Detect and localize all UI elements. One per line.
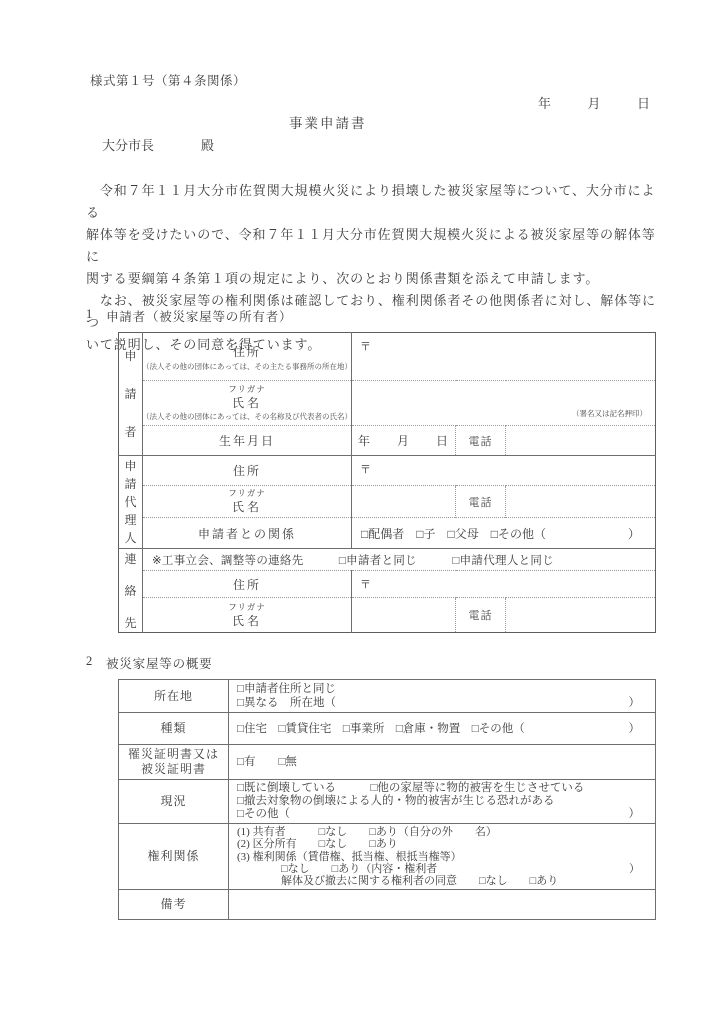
date-line: 年 月 日 — [538, 93, 650, 112]
form-number: 様式第１号（第４条関係） — [90, 71, 246, 89]
address-label: 住所 — [143, 576, 351, 593]
checkbox-line: □申請者住所と同じ — [237, 682, 336, 696]
checkbox-line: □有 □無 — [237, 755, 297, 769]
checkbox-line: □既に倒壊している □他の家屋等に物的被害を生じさせている — [237, 782, 584, 795]
applicant-address-label-cell: 住所 （法人その他の団体にあっては、その主たる事務所の所在地） — [143, 333, 352, 381]
section1-number: 1 — [86, 307, 93, 325]
address-label: 住所 — [143, 462, 351, 479]
relation-label-cell: 申請者との関係 — [143, 518, 352, 549]
agent-name-value-cell — [352, 486, 456, 518]
agent-address-value-cell: 〒 — [352, 456, 656, 486]
contact-name-row: フリガナ 氏名 電話 — [119, 598, 656, 633]
relation-checkboxes: □配偶者 □子 □父母 □その他（ — [361, 525, 546, 542]
section2-number: 2 — [86, 654, 93, 672]
agent-name-label-cell: フリガナ 氏名 — [143, 486, 352, 518]
contact-group-label: 連絡先 — [119, 553, 142, 629]
remarks-label: 備考 — [119, 890, 229, 920]
applicant-group-label: 申請者 — [119, 350, 142, 438]
checkbox-line: (2) 区分所有 □なし □あり — [237, 838, 398, 850]
contact-name-value-cell — [352, 598, 456, 633]
section2-heading: 2 被災家屋等の概要 — [86, 654, 212, 672]
rights-row: 権利関係 (1) 共有者 □なし □あり（自分の外 名） (2) 区分所有 □な… — [119, 824, 656, 890]
document-page: 様式第１号（第４条関係） 年 月 日 事業申請書 大分市長 殿 令和７年１１月大… — [0, 0, 724, 1024]
section2-title: 被災家屋等の概要 — [106, 654, 212, 672]
applicant-address-row: 申請者 住所 （法人その他の団体にあっては、その主たる事務所の所在地） 〒 — [119, 333, 656, 381]
checkbox-line: (1) 共有者 □なし □あり（自分の外 名） — [237, 826, 497, 838]
checkbox-line: □撤去対象物の倒壊による人的・物的被害が生じる恐れがある — [237, 795, 554, 808]
body-line: 解体等を受けたいので、令和７年１１月大分市佐賀関大規模火災による被災家屋等の解体… — [86, 224, 660, 268]
applicant-birth-row: 生年月日 年 月 日 電話 — [119, 426, 656, 456]
body-line: 令和７年１１月大分市佐賀関大規模火災により損壊した被災家屋等について、大分市によ… — [86, 180, 660, 224]
agent-name-row: フリガナ 氏名 電話 — [119, 486, 656, 518]
rights-value: (1) 共有者 □なし □あり（自分の外 名） (2) 区分所有 □なし □あり… — [229, 824, 656, 890]
body-line: 関する要綱第４条第１項の規定により、次のとおり関係書類を添えて申請します。 — [86, 268, 660, 290]
type-row: 種類 □住宅 □賃貸住宅 □事業所 □倉庫・物置 □その他（ ） — [119, 713, 656, 745]
rights-label: 権利関係 — [119, 824, 229, 890]
contact-address-value-cell: 〒 — [352, 571, 656, 598]
remarks-value — [229, 890, 656, 920]
name-label: 氏名 — [232, 615, 262, 628]
certificate-label: 罹災証明書又は 被災証明書 — [119, 745, 229, 780]
applicant-name-row: フリガナ 氏名 （法人その他の団体にあっては、その名称及び代表者の氏名） （署名… — [119, 381, 656, 426]
agent-address-label-cell: 住所 — [143, 456, 352, 486]
relation-label: 申請者との関係 — [143, 525, 351, 542]
address-label: 住所 — [233, 343, 261, 360]
addressee-line: 大分市長 殿 — [102, 135, 214, 154]
furigana-label: フリガナ — [228, 385, 266, 394]
certificate-value: □有 □無 — [229, 745, 656, 780]
applicant-group-cell: 申請者 — [119, 333, 143, 456]
birth-label: 生年月日 — [143, 432, 351, 449]
condition-value: □既に倒壊している □他の家屋等に物的被害を生じさせている □撤去対象物の倒壊に… — [229, 780, 656, 824]
checkbox-line: □異なる 所在地（ — [237, 696, 336, 710]
close-paren: ） — [629, 722, 641, 736]
agent-group-cell: 申請代理人 — [119, 456, 143, 549]
address-note: （法人その他の団体にあっては、その主たる事務所の所在地） — [143, 363, 352, 371]
agent-address-row: 申請代理人 住所 〒 — [119, 456, 656, 486]
phone-value-cell — [506, 598, 656, 633]
contact-address-row: 住所 〒 — [119, 571, 656, 598]
condition-row: 現況 □既に倒壊している □他の家屋等に物的被害を生じさせている □撤去対象物の… — [119, 780, 656, 824]
name-label: 氏名 — [232, 397, 262, 410]
close-paren: ） — [629, 808, 641, 821]
agent-relation-row: 申請者との関係 □配偶者 □子 □父母 □その他（ ） — [119, 518, 656, 549]
phone-value-cell — [506, 426, 656, 456]
date-month-label: 月 — [587, 93, 600, 112]
location-value: □申請者住所と同じ □異なる 所在地（ ） — [229, 680, 656, 713]
addressee-honorific: 殿 — [201, 135, 214, 154]
name-label: 氏名 — [232, 501, 262, 514]
birth-label-cell: 生年月日 — [143, 426, 352, 456]
phone-label-cell: 電話 — [456, 426, 506, 456]
phone-label-cell: 電話 — [456, 598, 506, 633]
checkbox-line: □その他（ — [237, 808, 290, 821]
section1-title: 申請者（被災家屋等の所有者） — [106, 307, 292, 325]
signature-note: （署名又は記名押印） — [572, 409, 647, 418]
name-note: （法人その他の団体にあっては、その名称及び代表者の氏名） — [143, 413, 352, 421]
date-day-label: 日 — [637, 93, 650, 112]
close-paren: ） — [629, 863, 640, 875]
close-paren: ） — [629, 696, 641, 710]
location-label: 所在地 — [119, 680, 229, 713]
furigana-label: フリガナ — [228, 603, 266, 612]
agent-group-label: 申請代理人 — [119, 460, 142, 544]
certificate-label-line1: 罹災証明書又は — [119, 747, 228, 762]
phone-label-cell: 電話 — [456, 486, 506, 518]
body-paragraph: 令和７年１１月大分市佐賀関大規模火災により損壊した被災家屋等について、大分市によ… — [86, 180, 660, 356]
postal-mark: 〒 — [360, 579, 371, 591]
certificate-row: 罹災証明書又は 被災証明書 □有 □無 — [119, 745, 656, 780]
section1-heading: 1 申請者（被災家屋等の所有者） — [86, 307, 292, 325]
contact-note-cell: ※工事立会、調整等の連絡先 □申請者と同じ □申請代理人と同じ — [143, 549, 656, 571]
applicant-table: 申請者 住所 （法人その他の団体にあっては、その主たる事務所の所在地） 〒 フリ… — [118, 332, 656, 633]
postal-mark: 〒 — [360, 341, 371, 353]
applicant-name-label-cell: フリガナ 氏名 （法人その他の団体にあっては、その名称及び代表者の氏名） — [143, 381, 352, 426]
remarks-row: 備考 — [119, 890, 656, 920]
certificate-label-line2: 被災証明書 — [119, 762, 228, 777]
location-row: 所在地 □申請者住所と同じ □異なる 所在地（ ） — [119, 680, 656, 713]
checkbox-line: (3) 権利関係（賃借権、抵当権、根抵当権等） — [237, 851, 462, 863]
date-year-label: 年 — [538, 93, 551, 112]
type-label: 種類 — [119, 713, 229, 745]
birth-value-cell: 年 月 日 — [352, 426, 456, 456]
checkbox-line: □住宅 □賃貸住宅 □事業所 □倉庫・物置 □その他（ — [237, 722, 525, 736]
contact-group-cell: 連絡先 — [119, 549, 143, 633]
checkbox-line: □なし □あり（内容・権利者 — [237, 863, 437, 875]
condition-label: 現況 — [119, 780, 229, 824]
contact-address-label-cell: 住所 — [143, 571, 352, 598]
checkbox-line: 解体及び撤去に関する権利者の同意 □なし □あり — [237, 875, 558, 887]
phone-value-cell — [506, 486, 656, 518]
applicant-name-value-cell: （署名又は記名押印） — [352, 381, 656, 426]
contact-note-row: 連絡先 ※工事立会、調整等の連絡先 □申請者と同じ □申請代理人と同じ — [119, 549, 656, 571]
close-paren: ） — [628, 525, 640, 542]
page-title: 事業申請書 — [289, 112, 367, 132]
contact-name-label-cell: フリガナ 氏名 — [143, 598, 352, 633]
addressee-name: 大分市長 — [102, 135, 154, 154]
relation-options-cell: □配偶者 □子 □父母 □その他（ ） — [352, 518, 656, 549]
furigana-label: フリガナ — [228, 489, 266, 498]
postal-mark: 〒 — [360, 464, 371, 476]
damaged-house-table: 所在地 □申請者住所と同じ □異なる 所在地（ ） 種類 □住宅 □賃貸住宅 □… — [118, 679, 656, 920]
applicant-address-value-cell: 〒 — [352, 333, 656, 381]
type-value: □住宅 □賃貸住宅 □事業所 □倉庫・物置 □その他（ ） — [229, 713, 656, 745]
